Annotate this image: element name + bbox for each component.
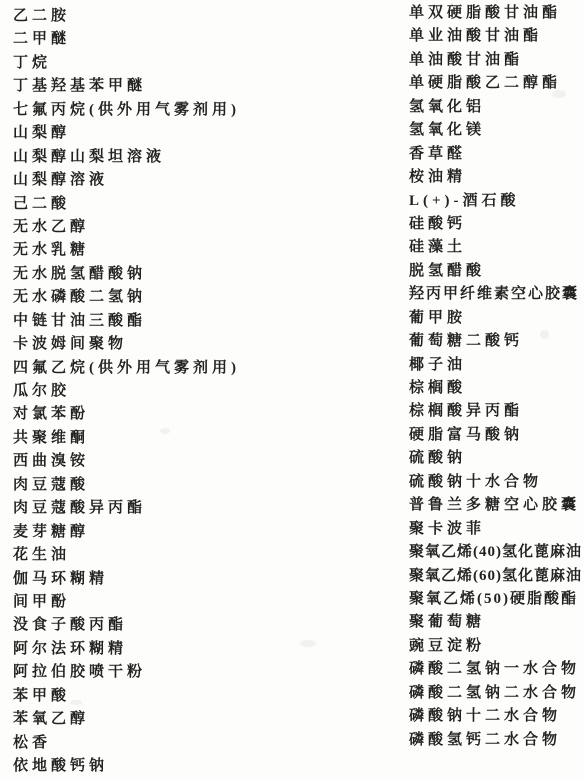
excipient-item: 羟丙甲纤维素空心胶囊 bbox=[409, 283, 582, 306]
excipient-item: 山梨醇山梨坦溶液 bbox=[13, 146, 363, 169]
excipient-item: 硫酸钠十水合物 bbox=[409, 471, 582, 494]
excipient-item: 四氟乙烷(供外用气雾剂用) bbox=[13, 357, 363, 380]
excipient-item: 二甲醚 bbox=[13, 28, 363, 51]
excipient-item: 苯氧乙醇 bbox=[13, 708, 363, 731]
excipient-item: 单硬脂酸乙二醇酯 bbox=[409, 72, 582, 95]
excipient-item: 肉豆蔻酸异丙酯 bbox=[13, 497, 363, 520]
excipient-item: 七氟丙烷(供外用气雾剂用) bbox=[13, 99, 363, 122]
excipient-list-right-column: 单双硬脂酸甘油酯单业油酸甘油酯单油酸甘油酯单硬脂酸乙二醇酯氢氧化铝氢氧化镁香草醛… bbox=[409, 2, 582, 752]
excipient-item: 共聚维酮 bbox=[13, 427, 363, 450]
excipient-item: L(+)-酒石酸 bbox=[409, 190, 582, 213]
excipient-item: 中链甘油三酸酯 bbox=[13, 310, 363, 333]
excipient-item: 花生油 bbox=[13, 544, 363, 567]
excipient-item: 磷酸二氢钠一水合物 bbox=[409, 658, 582, 681]
scanned-document-page: 乙二胺二甲醚丁烷丁基羟基苯甲醚七氟丙烷(供外用气雾剂用)山梨醇山梨醇山梨坦溶液山… bbox=[0, 0, 584, 780]
excipient-item: 依地酸钙钠 bbox=[13, 755, 363, 778]
excipient-item: 单业油酸甘油酯 bbox=[409, 25, 582, 48]
excipient-item: 伽马环糊精 bbox=[13, 568, 363, 591]
excipient-item: 豌豆淀粉 bbox=[409, 635, 582, 658]
excipient-item: 丁基羟基苯甲醚 bbox=[13, 75, 363, 98]
excipient-item: 无水乙醇 bbox=[13, 216, 363, 239]
excipient-item: 脱氢醋酸 bbox=[409, 260, 582, 283]
excipient-item: 阿尔法环糊精 bbox=[13, 638, 363, 661]
excipient-item: 聚氧乙烯(50)硬脂酸酯 bbox=[409, 588, 582, 611]
excipient-item: 瓜尔胶 bbox=[13, 380, 363, 403]
excipient-item: 磷酸钠十二水合物 bbox=[409, 705, 582, 728]
excipient-item: 卡波姆间聚物 bbox=[13, 333, 363, 356]
excipient-list-left-column: 乙二胺二甲醚丁烷丁基羟基苯甲醚七氟丙烷(供外用气雾剂用)山梨醇山梨醇山梨坦溶液山… bbox=[13, 5, 363, 778]
excipient-item: 氢氧化铝 bbox=[409, 96, 582, 119]
excipient-item: 棕榈酸 bbox=[409, 377, 582, 400]
excipient-item: 单双硬脂酸甘油酯 bbox=[409, 2, 582, 25]
excipient-item: 无水乳糖 bbox=[13, 239, 363, 262]
excipient-item: 对氯苯酚 bbox=[13, 403, 363, 426]
excipient-item: 葡萄糖二酸钙 bbox=[409, 330, 582, 353]
excipient-item: 普鲁兰多糖空心胶囊 bbox=[409, 494, 582, 517]
excipient-item: 香草醛 bbox=[409, 143, 582, 166]
excipient-item: 磷酸氢钙二水合物 bbox=[409, 729, 582, 752]
excipient-item: 没食子酸丙酯 bbox=[13, 614, 363, 637]
excipient-item: 椰子油 bbox=[409, 354, 582, 377]
excipient-item: 间甲酚 bbox=[13, 591, 363, 614]
excipient-item: 磷酸二氢钠二水合物 bbox=[409, 682, 582, 705]
excipient-item: 苯甲酸 bbox=[13, 685, 363, 708]
excipient-item: 阿拉伯胶喷干粉 bbox=[13, 661, 363, 684]
excipient-item: 乙二胺 bbox=[13, 5, 363, 28]
excipient-item: 聚葡萄糖 bbox=[409, 611, 582, 634]
excipient-item: 无水脱氢醋酸钠 bbox=[13, 263, 363, 286]
excipient-item: 桉油精 bbox=[409, 166, 582, 189]
excipient-item: 硬脂富马酸钠 bbox=[409, 424, 582, 447]
excipient-item: 硫酸钠 bbox=[409, 447, 582, 470]
excipient-item: 己二酸 bbox=[13, 193, 363, 216]
excipient-item: 葡甲胺 bbox=[409, 307, 582, 330]
excipient-item: 氢氧化镁 bbox=[409, 119, 582, 142]
excipient-item: 山梨醇 bbox=[13, 122, 363, 145]
excipient-item: 麦芽糖醇 bbox=[13, 521, 363, 544]
excipient-item: 硅藻土 bbox=[409, 236, 582, 259]
excipient-item: 单油酸甘油酯 bbox=[409, 49, 582, 72]
excipient-item: 无水磷酸二氢钠 bbox=[13, 286, 363, 309]
excipient-item: 肉豆蔻酸 bbox=[13, 474, 363, 497]
excipient-item: 聚氧乙烯(60)氢化蓖麻油 bbox=[409, 565, 582, 588]
excipient-item: 聚卡波菲 bbox=[409, 518, 582, 541]
excipient-item: 丁烷 bbox=[13, 52, 363, 75]
excipient-item: 聚氧乙烯(40)氢化蓖麻油 bbox=[409, 541, 582, 564]
excipient-item: 山梨醇溶液 bbox=[13, 169, 363, 192]
excipient-item: 棕榈酸异丙酯 bbox=[409, 400, 582, 423]
excipient-item: 硅酸钙 bbox=[409, 213, 582, 236]
excipient-item: 西曲溴铵 bbox=[13, 450, 363, 473]
excipient-item: 松香 bbox=[13, 732, 363, 755]
